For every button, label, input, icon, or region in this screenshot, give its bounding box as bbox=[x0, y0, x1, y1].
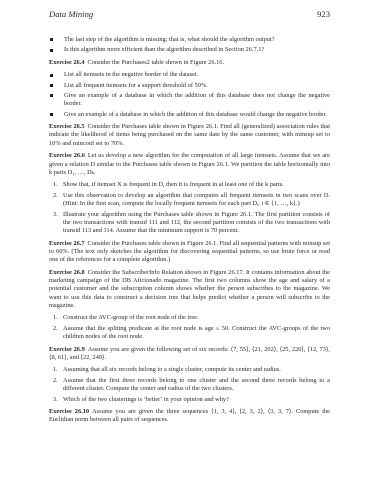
exercise-text: Assume you are given the three sequences… bbox=[49, 408, 330, 423]
numbered-list: 1.Construct the AVC-group of the root no… bbox=[49, 314, 330, 341]
exercise-label: Exercise 26.5 bbox=[49, 123, 85, 130]
page-header: Data Mining 923 bbox=[49, 9, 330, 25]
list-item: 2.Assume that the first three records be… bbox=[49, 377, 330, 394]
bullet-icon bbox=[50, 49, 53, 52]
page-content: The last step of the algorithm is missin… bbox=[49, 36, 330, 425]
exercise-text: Assume you are given the following set o… bbox=[49, 346, 330, 361]
list-item: 1.Show that, if itemset X is frequent in… bbox=[49, 181, 330, 189]
exercise-text: Consider the SubscriberInfo Relation sho… bbox=[49, 269, 330, 309]
exercise-26-8: Exercise 26.8Consider the SubscriberInfo… bbox=[49, 269, 330, 311]
exercise-text: Consider the Purchases table shown in Fi… bbox=[49, 123, 330, 147]
list-item: List all frequent itemsets for a support… bbox=[49, 82, 330, 90]
bullet-icon bbox=[50, 38, 53, 41]
document-page: Data Mining 923 The last step of the alg… bbox=[49, 9, 330, 429]
exercise-26-4: Exercise 26.4Consider the Purchases2 tab… bbox=[49, 59, 330, 67]
list-item: Give an example of a database in which t… bbox=[49, 92, 330, 109]
exercise-label: Exercise 26.7 bbox=[49, 240, 85, 247]
list-item: Give an example of a database in which t… bbox=[49, 111, 330, 119]
list-item: List all itemsets in the negative border… bbox=[49, 71, 330, 79]
exercise-label: Exercise 26.6 bbox=[49, 152, 85, 159]
list-item: 3.Which of the two clusterings is ‘bette… bbox=[49, 396, 330, 404]
exercise-text: Consider the Purchases2 table shown in F… bbox=[87, 59, 224, 66]
exercise-26-7: Exercise 26.7Consider the Purchases tabl… bbox=[49, 240, 330, 265]
list-item: 2.Assume that the spliting predicate at … bbox=[49, 325, 330, 342]
exercise-label: Exercise 26.9 bbox=[49, 346, 85, 353]
bullet-icon bbox=[50, 94, 53, 97]
bullet-list: List all itemsets in the negative border… bbox=[49, 71, 330, 119]
running-title: Data Mining bbox=[49, 9, 93, 19]
list-item: 1.Assuming that all six records belong t… bbox=[49, 366, 330, 374]
bullet-list: The last step of the algorithm is missin… bbox=[49, 36, 330, 55]
list-item: 1.Construct the AVC-group of the root no… bbox=[49, 314, 330, 322]
exercise-26-6: Exercise 26.6Let us develop a new algori… bbox=[49, 152, 330, 177]
bullet-icon bbox=[50, 74, 53, 77]
exercise-26-9: Exercise 26.9Assume you are given the fo… bbox=[49, 346, 330, 363]
page-number: 923 bbox=[317, 9, 330, 19]
exercise-text: Consider the Purchases table shown in Fi… bbox=[49, 240, 330, 264]
bullet-icon bbox=[50, 84, 53, 87]
bullet-icon bbox=[50, 113, 53, 116]
list-item: Is this algorithm more efficient than th… bbox=[49, 46, 330, 54]
exercise-label: Exercise 26.10 bbox=[49, 408, 89, 415]
exercise-label: Exercise 26.4 bbox=[49, 59, 84, 66]
list-item: 3.Illustrate your algorithm using the Pu… bbox=[49, 211, 330, 236]
numbered-list: 1.Assuming that all six records belong t… bbox=[49, 366, 330, 404]
exercise-26-10: Exercise 26.10Assume you are given the t… bbox=[49, 408, 330, 425]
numbered-list: 1.Show that, if itemset X is frequent in… bbox=[49, 181, 330, 235]
list-item: 2.Use this observation to develop an alg… bbox=[49, 192, 330, 209]
list-item: The last step of the algorithm is missin… bbox=[49, 36, 330, 44]
exercise-text: Let us develop a new algorithm for the c… bbox=[49, 152, 330, 176]
exercise-26-5: Exercise 26.5Consider the Purchases tabl… bbox=[49, 123, 330, 148]
exercise-label: Exercise 26.8 bbox=[49, 269, 85, 276]
